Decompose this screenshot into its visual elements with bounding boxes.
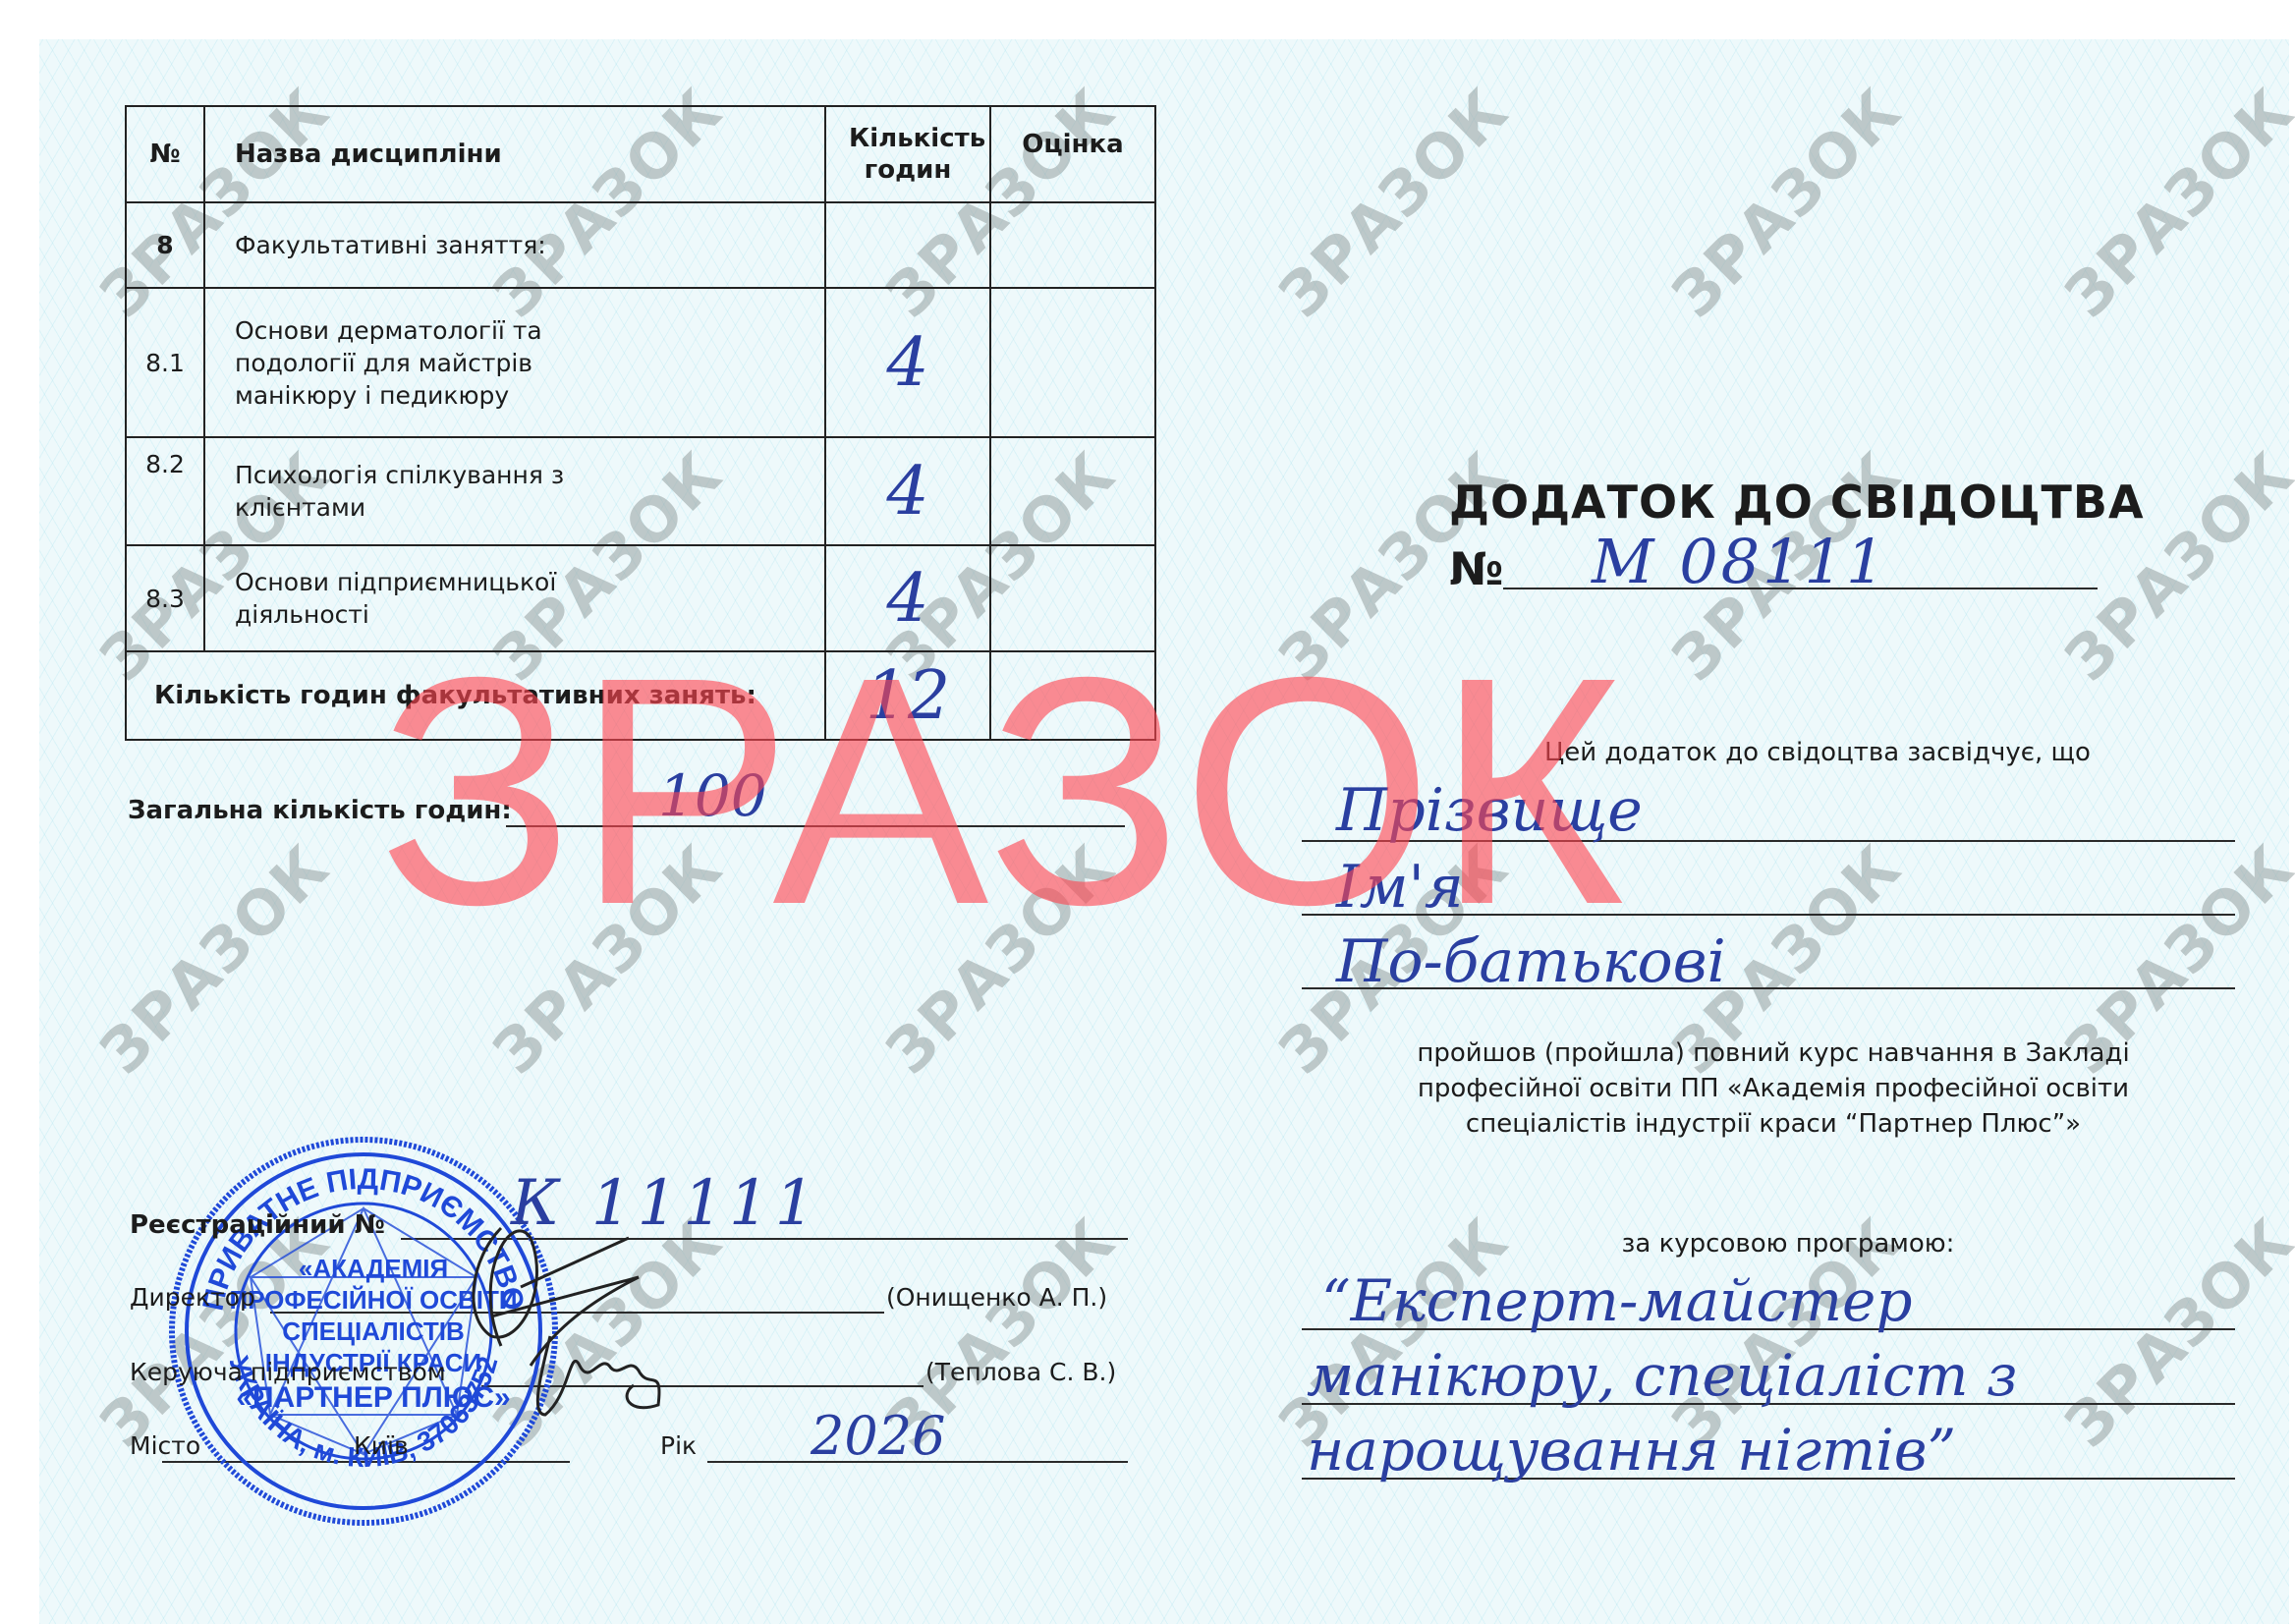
header-hours-text: Кількість годин bbox=[849, 123, 967, 186]
table-total-row: Кількість годин факультативних занять: 1… bbox=[126, 651, 1155, 740]
director-label: Директор bbox=[130, 1283, 255, 1312]
manager-name: (Теплова С. В.) bbox=[925, 1358, 1116, 1386]
program-value-line-2: манікюру, спеціаліст з bbox=[1307, 1342, 2018, 1409]
header-no: № bbox=[126, 106, 204, 202]
year-value: 2026 bbox=[811, 1405, 945, 1467]
city-value: Київ bbox=[354, 1431, 409, 1460]
reg-label: Реєстраційний № bbox=[130, 1210, 385, 1240]
table-row: 8 Факультативні заняття: bbox=[126, 202, 1155, 288]
row-no: 8.1 bbox=[126, 288, 204, 437]
row-no: 8.3 bbox=[126, 545, 204, 651]
table-row: 8.2 Психологія спілкування з клієнтами 4 bbox=[126, 437, 1155, 545]
row-name: Факультативні заняття: bbox=[204, 202, 825, 288]
table-row: 8.3 Основи підприємницької діяльності 4 bbox=[126, 545, 1155, 651]
header-hours: Кількість годин bbox=[825, 106, 990, 202]
row-hours: 4 bbox=[825, 288, 990, 437]
firstname-value: Ім'я bbox=[1336, 853, 1464, 922]
row-hours: 4 bbox=[825, 437, 990, 545]
row-name: Психологія спілкування з клієнтами bbox=[204, 437, 825, 545]
row-grade bbox=[990, 288, 1155, 437]
row-no: 8.2 bbox=[126, 437, 204, 545]
row-name-text: Основи підприємницької діяльності bbox=[235, 566, 628, 631]
row-grade bbox=[990, 545, 1155, 651]
row-grade bbox=[990, 202, 1155, 288]
table-row: 8.1 Основи дерматології та подології для… bbox=[126, 288, 1155, 437]
completed-text: пройшов (пройшла) повний курс навчання в… bbox=[1366, 1036, 2181, 1142]
row-grade bbox=[990, 437, 1155, 545]
number-value: М 08111 bbox=[1592, 526, 1887, 597]
header-grade: Оцінка bbox=[990, 106, 1155, 202]
row-name: Основи підприємницької діяльності bbox=[204, 545, 825, 651]
row-hours: 4 bbox=[825, 545, 990, 651]
total-elective-label: Кількість годин факультативних занять: bbox=[126, 651, 825, 740]
city-line bbox=[162, 1461, 570, 1463]
certifies-text: Цей додаток до свідоцтва засвідчує, що bbox=[1395, 735, 2240, 770]
row-hours bbox=[825, 202, 990, 288]
disciplines-table: № Назва дисципліни Кількість годин Оцінк… bbox=[125, 105, 1156, 741]
total-hours-label: Загальна кількість годин: bbox=[128, 796, 512, 825]
manager-label: Керуюча підприємством bbox=[130, 1358, 446, 1386]
total-elective-hours: 12 bbox=[825, 651, 990, 740]
header-name: Назва дисципліни bbox=[204, 106, 825, 202]
page-title: ДОДАТОК ДО СВІДОЦТВА bbox=[1449, 476, 2145, 529]
program-value-line-3: нарощування нігтів” bbox=[1307, 1417, 1956, 1484]
surname-value: Прізвище bbox=[1336, 776, 1643, 845]
table-header-row: № Назва дисципліни Кількість годин Оцінк… bbox=[126, 106, 1155, 202]
total-hours-value: 100 bbox=[658, 762, 767, 829]
total-elective-grade bbox=[990, 651, 1155, 740]
city-label: Місто bbox=[130, 1431, 200, 1460]
number-label: № bbox=[1449, 542, 1504, 595]
program-label: за курсовою програмою: bbox=[1395, 1226, 2181, 1261]
year-label: Рік bbox=[660, 1431, 697, 1460]
patronymic-value: По-батькові bbox=[1336, 927, 1726, 996]
director-name: (Онищенко А. П.) bbox=[886, 1283, 1107, 1312]
row-name: Основи дерматології та подології для май… bbox=[204, 288, 825, 437]
row-no: 8 bbox=[126, 202, 204, 288]
row-name-text: Основи дерматології та подології для май… bbox=[235, 314, 608, 412]
program-value-line-1: “Експерт-майстер bbox=[1321, 1267, 1912, 1334]
signature-scribble-icon bbox=[432, 1169, 688, 1425]
total-hours-line bbox=[506, 825, 1125, 827]
row-name-text: Психологія спілкування з клієнтами bbox=[235, 459, 628, 524]
